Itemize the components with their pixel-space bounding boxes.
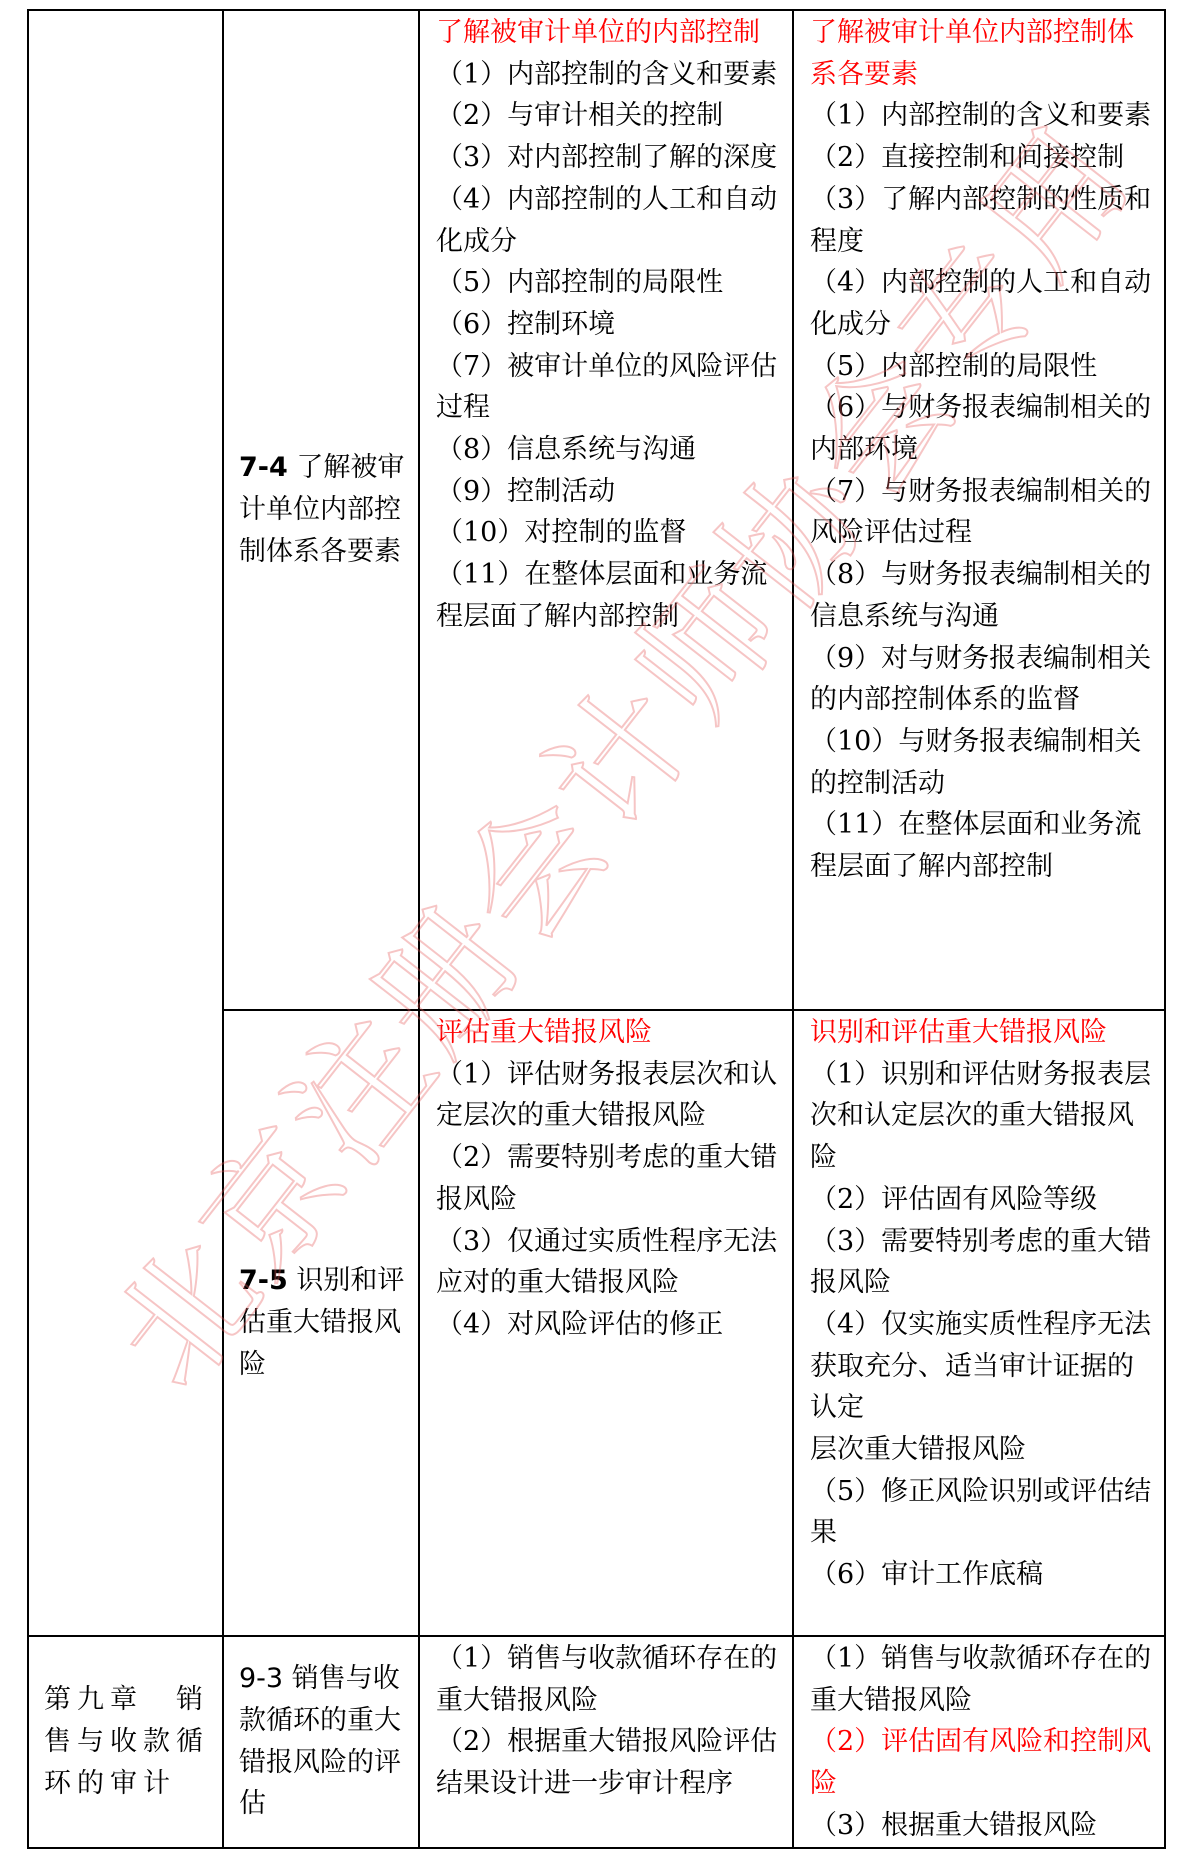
list-item: （4）内部控制的人工和自动化成分 — [436, 179, 786, 262]
section-code: 7-4 — [239, 452, 288, 483]
list-item: （1）销售与收款循环存在的重大错报风险 — [436, 1638, 786, 1721]
list-item: （2）根据重大错报风险评估结果设计进一步审计程序 — [436, 1721, 786, 1804]
section-code: 9-3 — [239, 1663, 283, 1694]
old-content-cell-7-5: 评估重大错报风险 （1）评估财务报表层次和认定层次的重大错报风险 （2）需要特别… — [419, 1010, 793, 1636]
list-item: （8）信息系统与沟通 — [436, 429, 786, 471]
chapter-label: 第九章 销售与收款循环的审计 — [44, 1684, 209, 1798]
list-item: （6）控制环境 — [436, 304, 786, 346]
list-item: （2）直接控制和间接控制 — [810, 137, 1158, 179]
list-item: （11）在整体层面和业务流程层面了解内部控制 — [436, 554, 786, 637]
list-item: （3）仅通过实质性程序无法应对的重大错报风险 — [436, 1221, 786, 1304]
old-heading: 评估重大错报风险 — [436, 1012, 786, 1054]
list-item: （4）对风险评估的修正 — [436, 1304, 786, 1346]
new-content-cell-7-4: 了解被审计单位内部控制体系各要素 （1）内部控制的含义和要素 （2）直接控制和间… — [793, 10, 1165, 1010]
table-row-9-3: 第九章 销售与收款循环的审计 9-3 销售与收款循环的重大错报风险的评估 （1）… — [28, 1636, 1165, 1848]
list-item: （1）评估财务报表层次和认定层次的重大错报风险 — [436, 1054, 786, 1137]
list-item: （5）内部控制的局限性 — [810, 346, 1158, 388]
new-heading: 识别和评估重大错报风险 — [810, 1012, 1158, 1054]
old-content-cell-9-3: （1）销售与收款循环存在的重大错报风险 （2）根据重大错报风险评估结果设计进一步… — [419, 1636, 793, 1848]
list-item: （7）与财务报表编制相关的风险评估过程 — [810, 471, 1158, 554]
list-item: （6）审计工作底稿 — [810, 1554, 1158, 1596]
comparison-table: 7-4 了解被审计单位内部控制体系各要素 了解被审计单位的内部控制 （1）内部控… — [27, 9, 1166, 1849]
old-heading: 了解被审计单位的内部控制 — [436, 12, 786, 54]
chapter-cell-9: 第九章 销售与收款循环的审计 — [28, 1636, 223, 1848]
section-cell-9-3: 9-3 销售与收款循环的重大错报风险的评估 — [223, 1636, 419, 1848]
list-item: （3）需要特别考虑的重大错报风险 — [810, 1221, 1158, 1304]
list-item: （1）销售与收款循环存在的重大错报风险 — [810, 1638, 1158, 1721]
list-item: （2）与审计相关的控制 — [436, 95, 786, 137]
new-content-cell-9-3: （1）销售与收款循环存在的重大错报风险 （2）评估固有风险和控制风险 （3）根据… — [793, 1636, 1165, 1848]
list-item: （9）对与财务报表编制相关的内部控制体系的监督 — [810, 638, 1158, 721]
list-item: （8）与财务报表编制相关的信息系统与沟通 — [810, 554, 1158, 637]
list-item: （10）对控制的监督 — [436, 512, 786, 554]
chapter-cell-merged — [28, 10, 223, 1636]
list-item: （3）了解内部控制的性质和程度 — [810, 179, 1158, 262]
list-item: （11）在整体层面和业务流程层面了解内部控制 — [810, 804, 1158, 887]
list-item: （4）内部控制的人工和自动化成分 — [810, 262, 1158, 345]
section-code: 7-5 — [239, 1265, 288, 1296]
list-item: （1）内部控制的含义和要素 — [436, 54, 786, 96]
list-item: （7）被审计单位的风险评估过程 — [436, 346, 786, 429]
section-cell-7-4: 7-4 了解被审计单位内部控制体系各要素 — [223, 10, 419, 1010]
list-item: （2）需要特别考虑的重大错报风险 — [436, 1137, 786, 1220]
list-item: （3）对内部控制了解的深度 — [436, 137, 786, 179]
list-item: （5）修正风险识别或评估结果 — [810, 1471, 1158, 1554]
list-item: （9）控制活动 — [436, 471, 786, 513]
list-item: （5）内部控制的局限性 — [436, 262, 786, 304]
list-item: （1）内部控制的含义和要素 — [810, 95, 1158, 137]
list-item: （3）根据重大错报风险 — [810, 1805, 1158, 1847]
list-item: （4）仅实施实质性程序无法获取充分、适当审计证据的认定 — [810, 1304, 1158, 1429]
new-heading: 了解被审计单位内部控制体系各要素 — [810, 12, 1158, 95]
new-content-cell-7-5: 识别和评估重大错报风险 （1）识别和评估财务报表层次和认定层次的重大错报风险 （… — [793, 1010, 1165, 1636]
list-item: （6）与财务报表编制相关的内部环境 — [810, 387, 1158, 470]
document-page: 7-4 了解被审计单位内部控制体系各要素 了解被审计单位的内部控制 （1）内部控… — [0, 0, 1193, 1859]
list-item: （10）与财务报表编制相关的控制活动 — [810, 721, 1158, 804]
old-content-cell-7-4: 了解被审计单位的内部控制 （1）内部控制的含义和要素 （2）与审计相关的控制 （… — [419, 10, 793, 1010]
section-cell-7-5: 7-5 识别和评估重大错报风险 — [223, 1010, 419, 1636]
list-item: 层次重大错报风险 — [810, 1429, 1158, 1471]
list-item: （1）识别和评估财务报表层次和认定层次的重大错报风险 — [810, 1054, 1158, 1179]
list-item-highlighted: （2）评估固有风险和控制风险 — [810, 1721, 1158, 1804]
table-row-7-4: 7-4 了解被审计单位内部控制体系各要素 了解被审计单位的内部控制 （1）内部控… — [28, 10, 1165, 1010]
list-item: （2）评估固有风险等级 — [810, 1179, 1158, 1221]
